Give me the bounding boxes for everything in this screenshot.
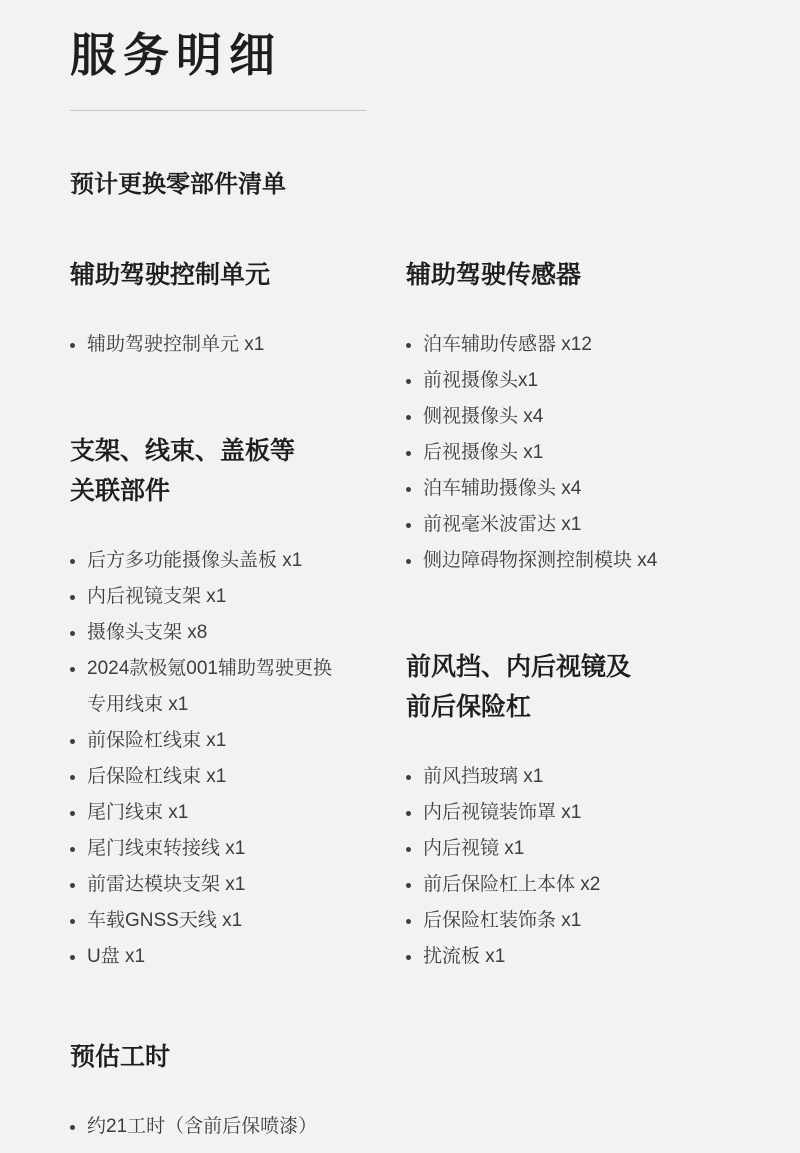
bullet-dot-icon bbox=[70, 811, 75, 816]
part-item: 侧视摄像头 x4 bbox=[406, 399, 752, 435]
bullet-dot-icon bbox=[406, 811, 411, 816]
bullet-dot-icon bbox=[70, 775, 75, 780]
part-item: 尾门线束 x1 bbox=[70, 795, 406, 831]
bullet-dot-icon bbox=[406, 883, 411, 888]
bullet-dot-icon bbox=[70, 883, 75, 888]
part-item: 前风挡玻璃 x1 bbox=[406, 759, 752, 795]
part-item: 前视毫米波雷达 x1 bbox=[406, 507, 752, 543]
part-item: 前视摄像头x1 bbox=[406, 363, 752, 399]
bullet-dot-icon bbox=[70, 631, 75, 636]
bullet-dot-icon bbox=[406, 487, 411, 492]
part-item: 2024款极氪001辅助驾驶更换 专用线束 x1 bbox=[70, 651, 406, 723]
bullet-dot-icon bbox=[70, 955, 75, 960]
bullet-dot-icon bbox=[70, 919, 75, 924]
part-item: 内后视镜 x1 bbox=[406, 831, 752, 867]
part-items: 泊车辅助传感器 x12 前视摄像头x1 侧视摄像头 x4 后视摄像头 x1 bbox=[406, 327, 752, 579]
parts-columns: 辅助驾驶控制单元 辅助驾驶控制单元 x1 支架、线束、盖板等 关联部件 bbox=[70, 255, 752, 975]
right-column: 辅助驾驶传感器 泊车辅助传感器 x12 前视摄像头x1 侧视摄像头 x4 bbox=[406, 255, 752, 975]
part-item: 泊车辅助摄像头 x4 bbox=[406, 471, 752, 507]
part-item: 前后保险杠上本体 x2 bbox=[406, 867, 752, 903]
bullet-dot-icon bbox=[406, 955, 411, 960]
title-divider bbox=[70, 110, 366, 111]
bullet-dot-icon bbox=[70, 559, 75, 564]
part-item: 车载GNSS天线 x1 bbox=[70, 903, 406, 939]
bullet-dot-icon bbox=[406, 847, 411, 852]
part-item: 辅助驾驶控制单元 x1 bbox=[70, 327, 406, 363]
part-item: 扰流板 x1 bbox=[406, 939, 752, 975]
bullet-dot-icon bbox=[70, 847, 75, 852]
bullet-dot-icon bbox=[406, 415, 411, 420]
bullet-dot-icon bbox=[70, 1125, 75, 1130]
part-item: 内后视镜装饰罩 x1 bbox=[406, 795, 752, 831]
section-windshield-mirror-bumpers: 前风挡、内后视镜及 前后保险杠 前风挡玻璃 x1 内后视镜装饰罩 x1 内后视镜… bbox=[406, 647, 752, 975]
bullet-dot-icon bbox=[70, 595, 75, 600]
left-column: 辅助驾驶控制单元 辅助驾驶控制单元 x1 支架、线束、盖板等 关联部件 bbox=[70, 255, 406, 975]
service-detail-page: 服务明细 预计更换零部件清单 辅助驾驶控制单元 辅助驾驶控制单元 x1 支架、线… bbox=[0, 0, 800, 1145]
bullet-dot-icon bbox=[406, 775, 411, 780]
parts-list-title: 预计更换零部件清单 bbox=[70, 169, 752, 201]
bullet-dot-icon bbox=[406, 451, 411, 456]
section-heading: 支架、线束、盖板等 关联部件 bbox=[70, 431, 406, 511]
bullet-dot-icon bbox=[70, 667, 75, 672]
bullet-dot-icon bbox=[406, 559, 411, 564]
part-items: 后方多功能摄像头盖板 x1 内后视镜支架 x1 摄像头支架 x8 2024款极氪… bbox=[70, 543, 406, 975]
section-assisted-driving-sensors: 辅助驾驶传感器 泊车辅助传感器 x12 前视摄像头x1 侧视摄像头 x4 bbox=[406, 255, 752, 579]
part-item: 前保险杠线束 x1 bbox=[70, 723, 406, 759]
bullet-dot-icon bbox=[70, 739, 75, 744]
part-items: 辅助驾驶控制单元 x1 bbox=[70, 327, 406, 363]
section-brackets-harnesses-covers: 支架、线束、盖板等 关联部件 后方多功能摄像头盖板 x1 内后视镜支架 x1 摄… bbox=[70, 431, 406, 975]
part-item: 后视摄像头 x1 bbox=[406, 435, 752, 471]
part-item: 内后视镜支架 x1 bbox=[70, 579, 406, 615]
part-item: 侧边障碍物探测控制模块 x4 bbox=[406, 543, 752, 579]
page-title: 服务明细 bbox=[70, 27, 752, 83]
bullet-dot-icon bbox=[406, 343, 411, 348]
bullet-dot-icon bbox=[406, 523, 411, 528]
part-item: 泊车辅助传感器 x12 bbox=[406, 327, 752, 363]
part-item: 尾门线束转接线 x1 bbox=[70, 831, 406, 867]
part-item: 前雷达模块支架 x1 bbox=[70, 867, 406, 903]
part-item: U盘 x1 bbox=[70, 939, 406, 975]
part-item: 摄像头支架 x8 bbox=[70, 615, 406, 651]
labor-items: 约21工时（含前后保喷漆） bbox=[70, 1109, 752, 1145]
part-item: 后方多功能摄像头盖板 x1 bbox=[70, 543, 406, 579]
labor-item: 约21工时（含前后保喷漆） bbox=[70, 1109, 752, 1145]
bullet-dot-icon bbox=[70, 343, 75, 348]
section-heading: 辅助驾驶控制单元 bbox=[70, 255, 406, 295]
part-items: 前风挡玻璃 x1 内后视镜装饰罩 x1 内后视镜 x1 前后保险杠上本体 x2 bbox=[406, 759, 752, 975]
part-item: 后保险杠线束 x1 bbox=[70, 759, 406, 795]
section-heading: 前风挡、内后视镜及 前后保险杠 bbox=[406, 647, 752, 727]
part-item: 后保险杠装饰条 x1 bbox=[406, 903, 752, 939]
section-heading: 预估工时 bbox=[70, 1037, 752, 1077]
section-heading: 辅助驾驶传感器 bbox=[406, 255, 752, 295]
bullet-dot-icon bbox=[406, 379, 411, 384]
section-assisted-driving-control-unit: 辅助驾驶控制单元 辅助驾驶控制单元 x1 bbox=[70, 255, 406, 363]
bullet-dot-icon bbox=[406, 919, 411, 924]
section-estimated-labor: 预估工时 约21工时（含前后保喷漆） bbox=[70, 1037, 752, 1145]
